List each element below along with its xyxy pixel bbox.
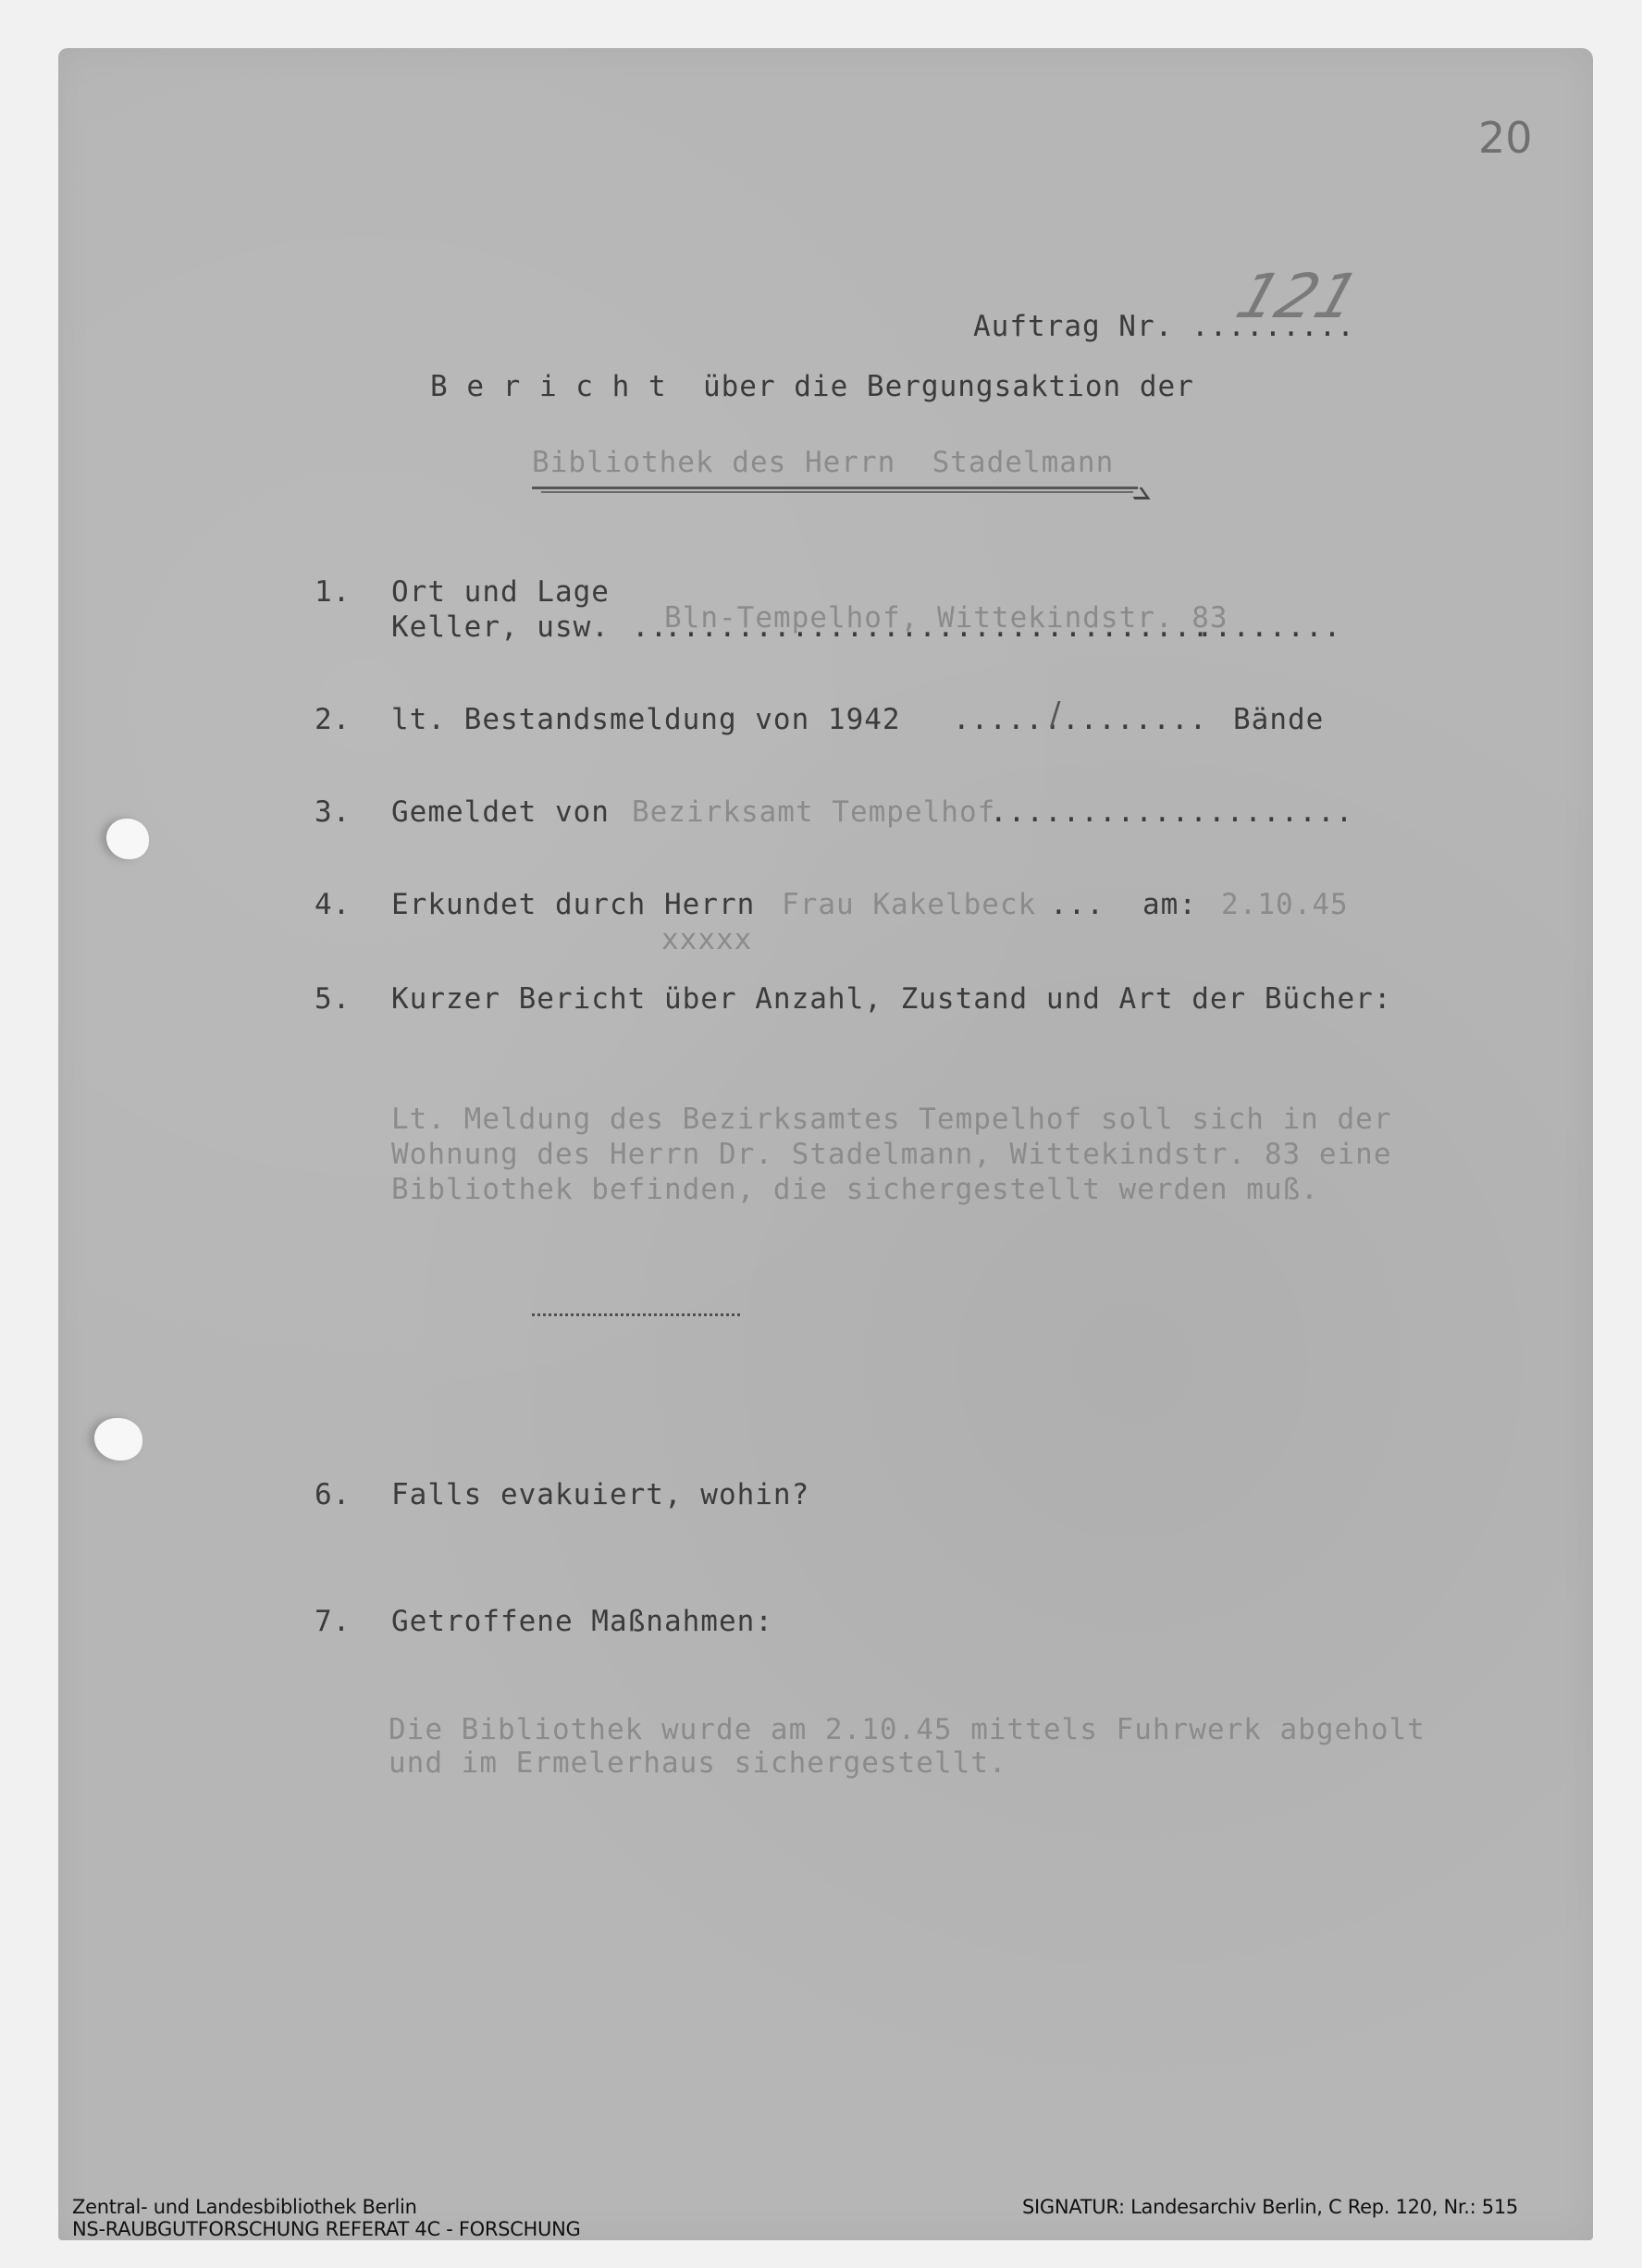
item-3-value: Bezirksamt Tempelhof — [632, 795, 995, 829]
item-2-number: 2. — [315, 703, 351, 736]
punch-hole-top — [106, 819, 149, 859]
item-5-number: 5. — [315, 982, 351, 1016]
item-3-dots-after: .................... — [990, 795, 1353, 829]
item-1-dots-under: .............................. — [664, 610, 1210, 644]
item-2-dots: .............. — [953, 703, 1207, 736]
item-4-strikeout: xxxxx — [661, 923, 752, 956]
item-1-dots-after: ........ — [1196, 610, 1341, 644]
item-1-label-line1: Ort und Lage — [391, 575, 610, 609]
item-2-unit: Bände — [1233, 703, 1324, 736]
item-5-separator — [532, 1313, 740, 1316]
item-7-body-line1: Die Bibliothek wurde am 2.10.45 mittels … — [389, 1713, 1426, 1746]
item-4-number: 4. — [315, 888, 351, 921]
item-1-dots-before: .. — [632, 610, 668, 644]
subtitle-underline-2 — [541, 491, 1133, 493]
item-5-body-line2: Wohnung des Herrn Dr. Stadelmann, Wittek… — [391, 1138, 1392, 1171]
item-7-number: 7. — [315, 1605, 351, 1638]
item-3-label: Gemeldet von — [391, 795, 610, 829]
item-5-body-line3: Bibliothek befinden, die sichergestellt … — [391, 1173, 1319, 1206]
item-4-date-label: am: — [1142, 888, 1197, 921]
item-4-value: Frau Kakelbeck — [782, 888, 1036, 921]
page-number: 20 — [1478, 113, 1533, 163]
order-number-handwritten: 121 — [1228, 261, 1367, 332]
item-4-dots-after: ... — [1050, 888, 1105, 921]
item-3-number: 3. — [315, 795, 351, 829]
item-6-label: Falls evakuiert, wohin? — [391, 1478, 809, 1511]
punch-hole-bottom — [94, 1418, 142, 1461]
item-7-label: Getroffene Maßnahmen: — [391, 1605, 773, 1638]
item-7-body-line2: und im Ermelerhaus sichergestellt. — [389, 1746, 1007, 1780]
item-5-body-line1: Lt. Meldung des Bezirksamtes Tempelhof s… — [391, 1103, 1392, 1136]
footer-department: NS-RAUBGUTFORSCHUNG REFERAT 4C - FORSCHU… — [72, 2218, 581, 2240]
item-1-number: 1. — [315, 575, 351, 609]
item-2-label: lt. Bestandsmeldung von 1942 — [391, 703, 901, 736]
item-1-label-line2: Keller, usw. — [391, 610, 610, 644]
footer-signature: SIGNATUR: Landesarchiv Berlin, C Rep. 12… — [1022, 2196, 1518, 2218]
item-5-label: Kurzer Bericht über Anzahl, Zustand und … — [391, 982, 1392, 1016]
subtitle-underline — [532, 487, 1138, 489]
item-6-number: 6. — [315, 1478, 351, 1511]
footer-library-name: Zentral- und Landesbibliothek Berlin — [72, 2196, 417, 2218]
item-4-date-value: 2.10.45 — [1221, 888, 1349, 921]
report-title: B e r i c h t über die Bergungsaktion de… — [430, 370, 1194, 403]
report-subtitle: Bibliothek des Herrn Stadelmann — [532, 446, 1114, 479]
item-2-value: / — [1050, 696, 1060, 733]
item-1-row: Keller, usw. .. Bln-Tempelhof, Wittekind… — [391, 610, 610, 644]
item-4-label: Erkundet durch Herrn — [391, 888, 755, 921]
